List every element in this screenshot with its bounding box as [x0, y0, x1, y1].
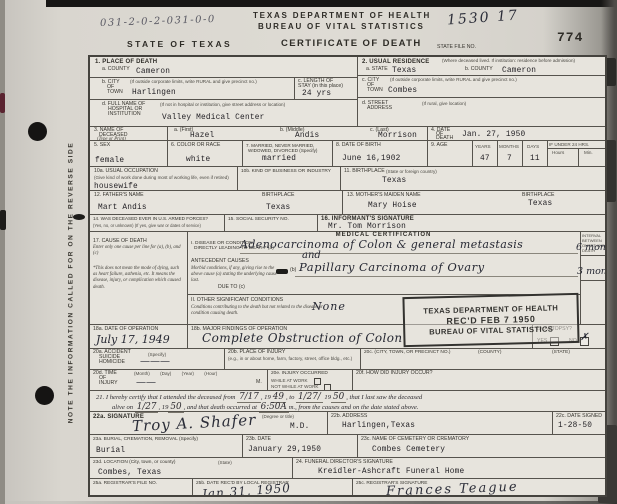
age-years-header: YEARS [475, 144, 491, 150]
operation-findings-value: Complete Obstruction of Colon [202, 331, 403, 345]
accident-value: ——— [140, 356, 170, 367]
marital-value: married [262, 155, 296, 163]
occupation-sublabel: (Give kind of work done during most of w… [94, 175, 232, 181]
divider [224, 349, 225, 369]
death-certificate-scan: NOTE THE INFORMATION CALLED FOR ON THE R… [0, 0, 617, 504]
scan-top-edge [46, 0, 617, 7]
mother-name-value: Mary Hoise [368, 202, 417, 210]
cemetery-value: Combes Cemetery [372, 446, 445, 454]
interval-b-value: 3 months [577, 266, 607, 277]
antecedent-label: ANTECEDENT CAUSES [191, 259, 249, 265]
length-of-stay-value: 24 yrs [302, 90, 331, 98]
residence-city-sublabel: (If outside corporate limits, write RURA… [390, 77, 590, 83]
county-of-death-value: Cameron [136, 68, 170, 76]
divider [192, 479, 193, 497]
injury-city-label: 20c. (CITY, TOWN, OR PRECINCT NO.) [364, 350, 451, 356]
section-parents: 12. FATHER'S NAME BIRTHPLACE Mart Andis … [90, 190, 605, 214]
rule-line [240, 253, 578, 254]
city-of-death-value: Harlingen [132, 89, 176, 97]
cause-a-value: Adenocarcinoma of Colon & general metast… [240, 238, 523, 251]
injury-state-label: (STATE) [552, 350, 570, 356]
marital-label: WIDOWED, DIVORCED (Specify) [248, 148, 317, 153]
divider [267, 370, 268, 390]
divider [340, 167, 341, 190]
divider [327, 412, 328, 434]
cause-of-death-sublabel: Enter only one cause per line for (a), (… [93, 245, 183, 257]
certify-num: 21. [96, 394, 104, 401]
date-of-death-value: Jan. 27, 1950 [462, 131, 525, 139]
burial-type-label: 23a. BURIAL, CREMATION, REMOVAL (Specify… [93, 437, 198, 443]
burial-location-label: 23d. LOCATION (City, town, or county) [93, 460, 175, 466]
physician-address-label: 22b. ADDRESS [331, 414, 367, 420]
divider [294, 77, 295, 99]
injury-occurred-label: 20e. INJURY OCCURRED [271, 371, 328, 377]
city-label: TOWN [107, 90, 123, 96]
section-injury-time: 20d. TIME OF INJURY (Month) (Day) (Year)… [90, 369, 605, 390]
divider [90, 99, 357, 100]
divider [578, 148, 579, 167]
informant-label: 16. INFORMANT'S SIGNATURE [321, 216, 414, 222]
age-label: 9. AGE [431, 143, 447, 149]
cause-b-tag: (b) [290, 268, 296, 274]
certify-text: , that I last saw the deceased [346, 394, 422, 401]
injury-not-while-label: NOT WHILE AT WORK [271, 384, 318, 390]
certify-text: , to [286, 394, 294, 401]
race-label: 6. COLOR OR RACE [171, 143, 220, 149]
injury-county-label: (COUNTY) [478, 350, 501, 356]
divider [580, 280, 607, 281]
degree-title-sublabel: (Degree or title) [262, 414, 294, 420]
cemetery-label: 23c. NAME OF CEMETERY OR CREMATORY [361, 437, 469, 443]
operation-date-value: July 17, 1949 [96, 333, 170, 346]
divider [497, 141, 498, 166]
divider [360, 349, 361, 369]
cause-b-value: Papillary Carcinoma of Ovary [299, 260, 485, 274]
divider [552, 412, 553, 434]
certify-text: 19 [323, 394, 331, 401]
reverse-side-note: NOTE THE INFORMATION CALLED FOR ON THE R… [68, 118, 75, 448]
received-stamp: TEXAS DEPARTMENT OF HEALTH REC'D FEB 7 1… [402, 293, 579, 347]
birthplace-label: 11. BIRTHPLACE [344, 169, 385, 175]
divider [167, 141, 168, 166]
divider [472, 141, 473, 166]
certify-text: m., from the causes and on the date stat… [289, 404, 419, 411]
middle-name-value: Andis [295, 132, 319, 140]
injury-m-label: M. [256, 380, 262, 386]
section-place-residence: 1. PLACE OF DEATH a. COUNTY Cameron b. C… [90, 57, 605, 126]
other-conditions-sublabel: Conditions contributing to the death but… [191, 305, 326, 317]
section-burial: 23a. BURIAL, CREMATION, REMOVAL (Specify… [90, 434, 605, 457]
injury-time-value: —— [136, 377, 156, 388]
first-name-value: Hazel [190, 132, 214, 140]
divider [427, 141, 428, 166]
age-days-header: DAYS [527, 144, 539, 150]
physician-signature-value: Troy A. Shafer [132, 411, 257, 435]
autopsy-no-mark: ✗ [580, 332, 588, 343]
divider [242, 141, 243, 166]
certificate-title: CERTIFICATE OF DEATH [281, 38, 422, 49]
certify-line1: 21. I hereby certify that I attended the… [96, 392, 422, 402]
divider [187, 325, 188, 348]
age-min-header: Min. [584, 150, 593, 156]
city-sublabel: (If outside corporate limits, write RURA… [130, 79, 288, 85]
injury-time-sublabel: (Month) (Day) (Year) (Hour) [134, 371, 217, 377]
other-conditions-label: II. OTHER SIGNIFICANT CONDITIONS [191, 298, 283, 304]
antecedent-sublabel: Morbid conditions, if any, giving rise t… [191, 266, 283, 285]
section-registrar: 25a. REGISTRAR'S FILE NO. 25b. DATE REC'… [90, 478, 605, 497]
divider [167, 127, 168, 140]
residence-city-label: TOWN [367, 88, 383, 94]
date-signed-label: 22c. DATE SIGNED [556, 414, 602, 420]
mother-birthplace-label: BIRTHPLACE [522, 193, 554, 199]
burial-type-value: Burial [96, 447, 125, 455]
certify-text: I hereby certify that I attended the dec… [106, 394, 236, 401]
certify-text: , 19 [261, 394, 271, 401]
injury-place-sublabel: (e.g., in or about home, farm, factory, … [228, 356, 354, 362]
residence-county-label: b. COUNTY [465, 67, 493, 73]
burial-date-label: 23b. DATE [246, 437, 271, 443]
stamp-line1: TEXAS DEPARTMENT OF HEALTH [423, 303, 558, 315]
section-injury-place: 20a. ACCIDENT SUICIDE HOMICIDE (Specify)… [90, 348, 605, 369]
ink-dot [73, 214, 85, 220]
divider [352, 370, 353, 390]
divider [242, 435, 243, 457]
cause-margin-note: *This does not mean the mode of dying, s… [93, 266, 183, 291]
armed-forces-label: 14. WAS DECEASED EVER IN U.S. ARMED FORC… [93, 216, 221, 221]
certify-text: , and that death occurred at [184, 404, 257, 411]
divider [224, 215, 225, 231]
age-under24-header: IF UNDER 24 HRS. [549, 142, 607, 148]
divider [580, 255, 607, 256]
certificate-form: 1. PLACE OF DEATH a. COUNTY Cameron b. C… [88, 55, 607, 497]
divider [342, 191, 343, 214]
residence-state-value: Texas [392, 67, 416, 75]
industry-label: 10b. KIND OF BUSINESS OR INDUSTRY [241, 169, 331, 175]
divider [187, 232, 188, 324]
burial-location-state-sublabel: (State) [218, 460, 232, 466]
usual-residence-sublabel: (Where deceased lived. If institution: r… [442, 58, 602, 64]
divider [237, 167, 238, 190]
divider [292, 458, 293, 478]
registrar-file-no-label: 25a. REGISTRAR'S FILE NO. [93, 481, 157, 487]
punch-hole-top [28, 122, 47, 141]
divider [352, 479, 353, 497]
race-value: white [186, 156, 210, 164]
scan-artifact [0, 93, 5, 113]
residence-city-value: Combes [388, 87, 417, 95]
divider [357, 75, 607, 76]
section-funeral-director: 23d. LOCATION (City, town, or county) (S… [90, 457, 605, 478]
punch-hole-bottom [35, 386, 54, 405]
age-months-value: 7 [507, 155, 512, 163]
divider [332, 141, 333, 166]
section-occupation: 10a. USUAL OCCUPATION (Give kind of work… [90, 166, 605, 190]
age-years-value: 47 [480, 155, 490, 163]
section-name: 3. NAME OF DECEASED (Type or Print) a. (… [90, 126, 605, 140]
hospital-value: Valley Medical Center [162, 114, 264, 122]
scan-left-edge [0, 0, 5, 504]
funeral-director-value: Kreidler-Ashcraft Funeral Home [318, 468, 464, 476]
usual-residence-title: 2. USUAL RESIDENCE [362, 59, 430, 65]
mother-birthplace-value: Texas [528, 200, 552, 208]
sex-value: female [95, 157, 124, 165]
divider [357, 97, 607, 98]
state-file-no-value: 774 [557, 30, 583, 45]
injury-time-label: INJURY [99, 381, 118, 387]
dept-line1: TEXAS DEPARTMENT OF HEALTH [253, 11, 431, 20]
armed-forces-sublabel: (Yes, no, or unknown) (If yes, give war … [93, 223, 221, 228]
hospital-sublabel: (If not in hospital or institution, give… [160, 102, 350, 108]
handwritten-code: 031-2-0-2-031-0-0 [100, 14, 216, 29]
birthplace-sublabel: (State or foreign country) [386, 169, 437, 175]
dob-value: June 16,1902 [342, 155, 401, 163]
scan-artifact [0, 210, 6, 230]
residence-state-label: a. STATE [366, 67, 388, 73]
section-informant: 14. WAS DECEASED EVER IN U.S. ARMED FORC… [90, 214, 605, 231]
burial-location-value: Combes, Texas [98, 469, 161, 477]
dob-label: 8. DATE OF BIRTH [336, 143, 381, 149]
physician-address-value: Harlingen,Texas [342, 422, 415, 430]
county-label: a. COUNTY [102, 67, 130, 73]
last-name-value: Morrison [378, 132, 417, 140]
father-name-label: 12. FATHER'S NAME [94, 193, 144, 199]
injury-how-label: 20f. HOW DID INJURY OCCUR? [356, 371, 432, 377]
place-of-death-title: 1. PLACE OF DEATH [95, 59, 157, 65]
due-to-c-label: DUE TO (c) [218, 285, 245, 291]
certify-text: alive on [112, 404, 133, 411]
handwritten-file-number: 1530 17 [447, 8, 520, 29]
sex-label: 5. SEX [94, 143, 110, 149]
dept-line2: BUREAU OF VITAL STATISTICS [258, 22, 425, 31]
accident-label: HOMICIDE [99, 360, 125, 366]
divider [547, 141, 548, 166]
birthplace-value: Texas [382, 177, 406, 185]
divider [357, 57, 358, 126]
burial-date-value: January 29,1950 [248, 446, 321, 454]
interval-a-value: 6 months [576, 242, 607, 253]
age-hours-header: Hours [552, 150, 564, 156]
section-certify-statement: 21. I hereby certify that I attended the… [90, 390, 605, 411]
hospital-label: INSTITUTION [108, 112, 141, 118]
section-physician: 22a. SIGNATURE (Degree or title) Troy A.… [90, 411, 605, 434]
other-conditions-value: None [312, 300, 346, 313]
section-vitals: 5. SEX female 6. COLOR OR RACE white 7. … [90, 140, 605, 166]
date-signed-value: 1-28-50 [558, 422, 592, 430]
street-address-label: ADDRESS [367, 106, 392, 112]
stamp-line3: BUREAU OF VITAL STATISTICS [429, 324, 553, 336]
certify-text: , 19 [158, 404, 168, 411]
physician-degree-value: M.D. [290, 423, 310, 431]
injury-while-label: WHILE AT WORK [271, 378, 308, 384]
street-address-sublabel: (If rural, give location) [422, 101, 466, 107]
father-birthplace-label: BIRTHPLACE [262, 193, 294, 199]
rule-line [295, 276, 578, 277]
funeral-director-label: 24. FUNERAL DIRECTOR'S SIGNATURE [296, 460, 393, 466]
state-file-no-label: STATE FILE NO. [437, 45, 476, 51]
divider [317, 215, 318, 231]
ssn-label: 15. SOCIAL SECURITY NO. [228, 217, 289, 223]
ink-blot [276, 269, 288, 274]
divider [427, 127, 428, 140]
father-birthplace-value: Texas [266, 204, 290, 212]
divider [547, 148, 607, 149]
state-of-texas-title: STATE OF TEXAS [127, 39, 232, 49]
divider [522, 141, 523, 166]
divider [357, 435, 358, 457]
age-days-value: 11 [530, 155, 540, 163]
father-name-value: Mart Andis [98, 204, 147, 212]
mother-name-label: 13. MOTHER'S MAIDEN NAME [347, 193, 421, 199]
age-months-header: MONTHS [499, 144, 519, 150]
